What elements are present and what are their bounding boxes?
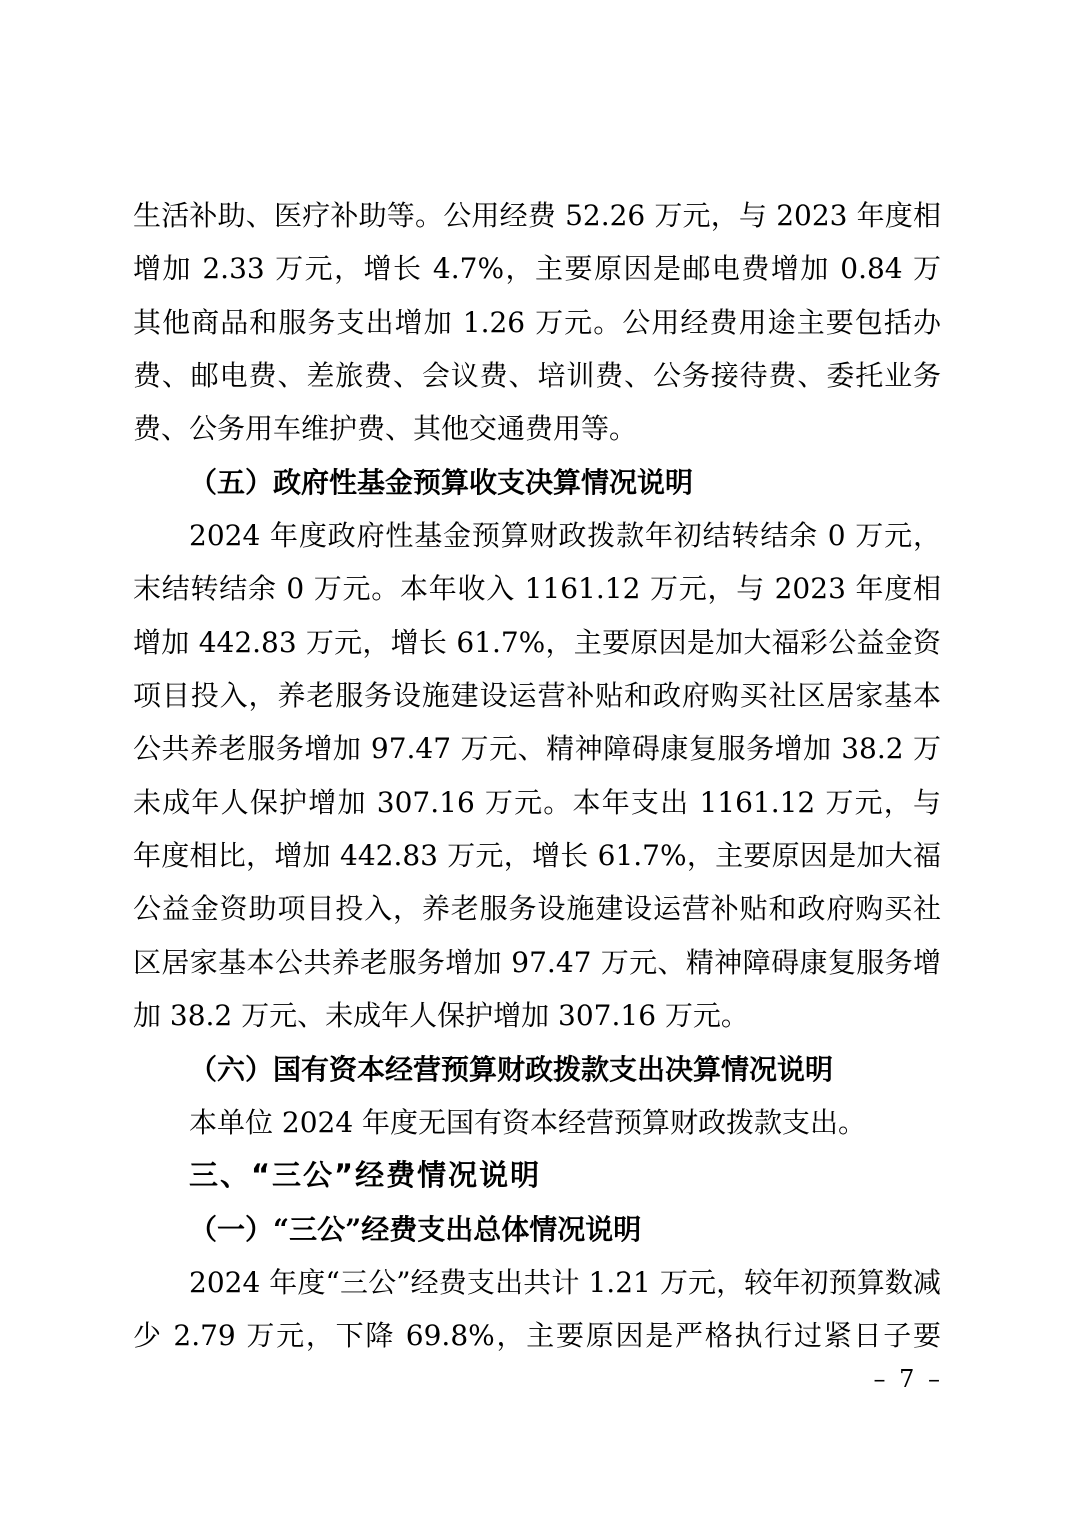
body-line: 增加 2.33 万元，增长 4.7%，主要原因是邮电费增加 0.84 万元、 <box>133 242 941 295</box>
body-line: 年度相比，增加 442.83 万元，增长 61.7%，主要原因是加大福彩 <box>133 829 941 882</box>
body-line: 项目投入，养老服务设施建设运营补贴和政府购买社区居家基本 <box>133 669 941 722</box>
body-line: 区居家基本公共养老服务增加 97.47 万元、精神障碍康复服务增 <box>133 936 941 989</box>
body-line: 末结转结余 0 万元。本年收入 1161.12 万元，与 2023 年度相比， <box>133 562 941 615</box>
heading-section-6: （六）国有资本经营预算财政拨款支出决算情况说明 <box>133 1043 941 1096</box>
heading-subsection-1: （一）“三公”经费支出总体情况说明 <box>133 1203 941 1256</box>
body-line: 本单位 2024 年度无国有资本经营预算财政拨款支出。 <box>133 1096 941 1149</box>
body-line: 费、公务用车维护费、其他交通费用等。 <box>133 402 941 455</box>
body-line: 其他商品和服务支出增加 1.26 万元。公用经费用途主要包括办公 <box>133 296 941 349</box>
page-number: – 7 – <box>873 1364 943 1394</box>
body-line: 公益金资助项目投入，养老服务设施建设运营补贴和政府购买社 <box>133 882 941 935</box>
body-line: 少 2.79 万元，下降 69.8%，主要原因是严格执行过紧日子要求， <box>133 1309 941 1362</box>
body-line: 未成年人保护增加 307.16 万元。本年支出 1161.12 万元，与 202… <box>133 776 941 829</box>
body-line: 2024 年度政府性基金预算财政拨款年初结转结余 0 万元，年 <box>133 509 941 562</box>
body-line: 生活补助、医疗补助等。公用经费 52.26 万元，与 2023 年度相比， <box>133 189 941 242</box>
body-line: 加 38.2 万元、未成年人保护增加 307.16 万元。 <box>133 989 941 1042</box>
text-column: 生活补助、医疗补助等。公用经费 52.26 万元，与 2023 年度相比， 增加… <box>133 189 941 1363</box>
heading-section-5: （五）政府性基金预算收支决算情况说明 <box>133 456 941 509</box>
body-line: 2024 年度“三公”经费支出共计 1.21 万元，较年初预算数减 <box>133 1256 941 1309</box>
body-line: 公共养老服务增加 97.47 万元、精神障碍康复服务增加 38.2 万元、 <box>133 722 941 775</box>
body-line: 费、邮电费、差旅费、会议费、培训费、公务接待费、委托业务 <box>133 349 941 402</box>
body-line: 增加 442.83 万元，增长 61.7%，主要原因是加大福彩公益金资助 <box>133 616 941 669</box>
document-page: 生活补助、医疗补助等。公用经费 52.26 万元，与 2023 年度相比， 增加… <box>0 0 1074 1520</box>
heading-three-public-funds: 三、“三公”经费情况说明 <box>133 1149 941 1202</box>
